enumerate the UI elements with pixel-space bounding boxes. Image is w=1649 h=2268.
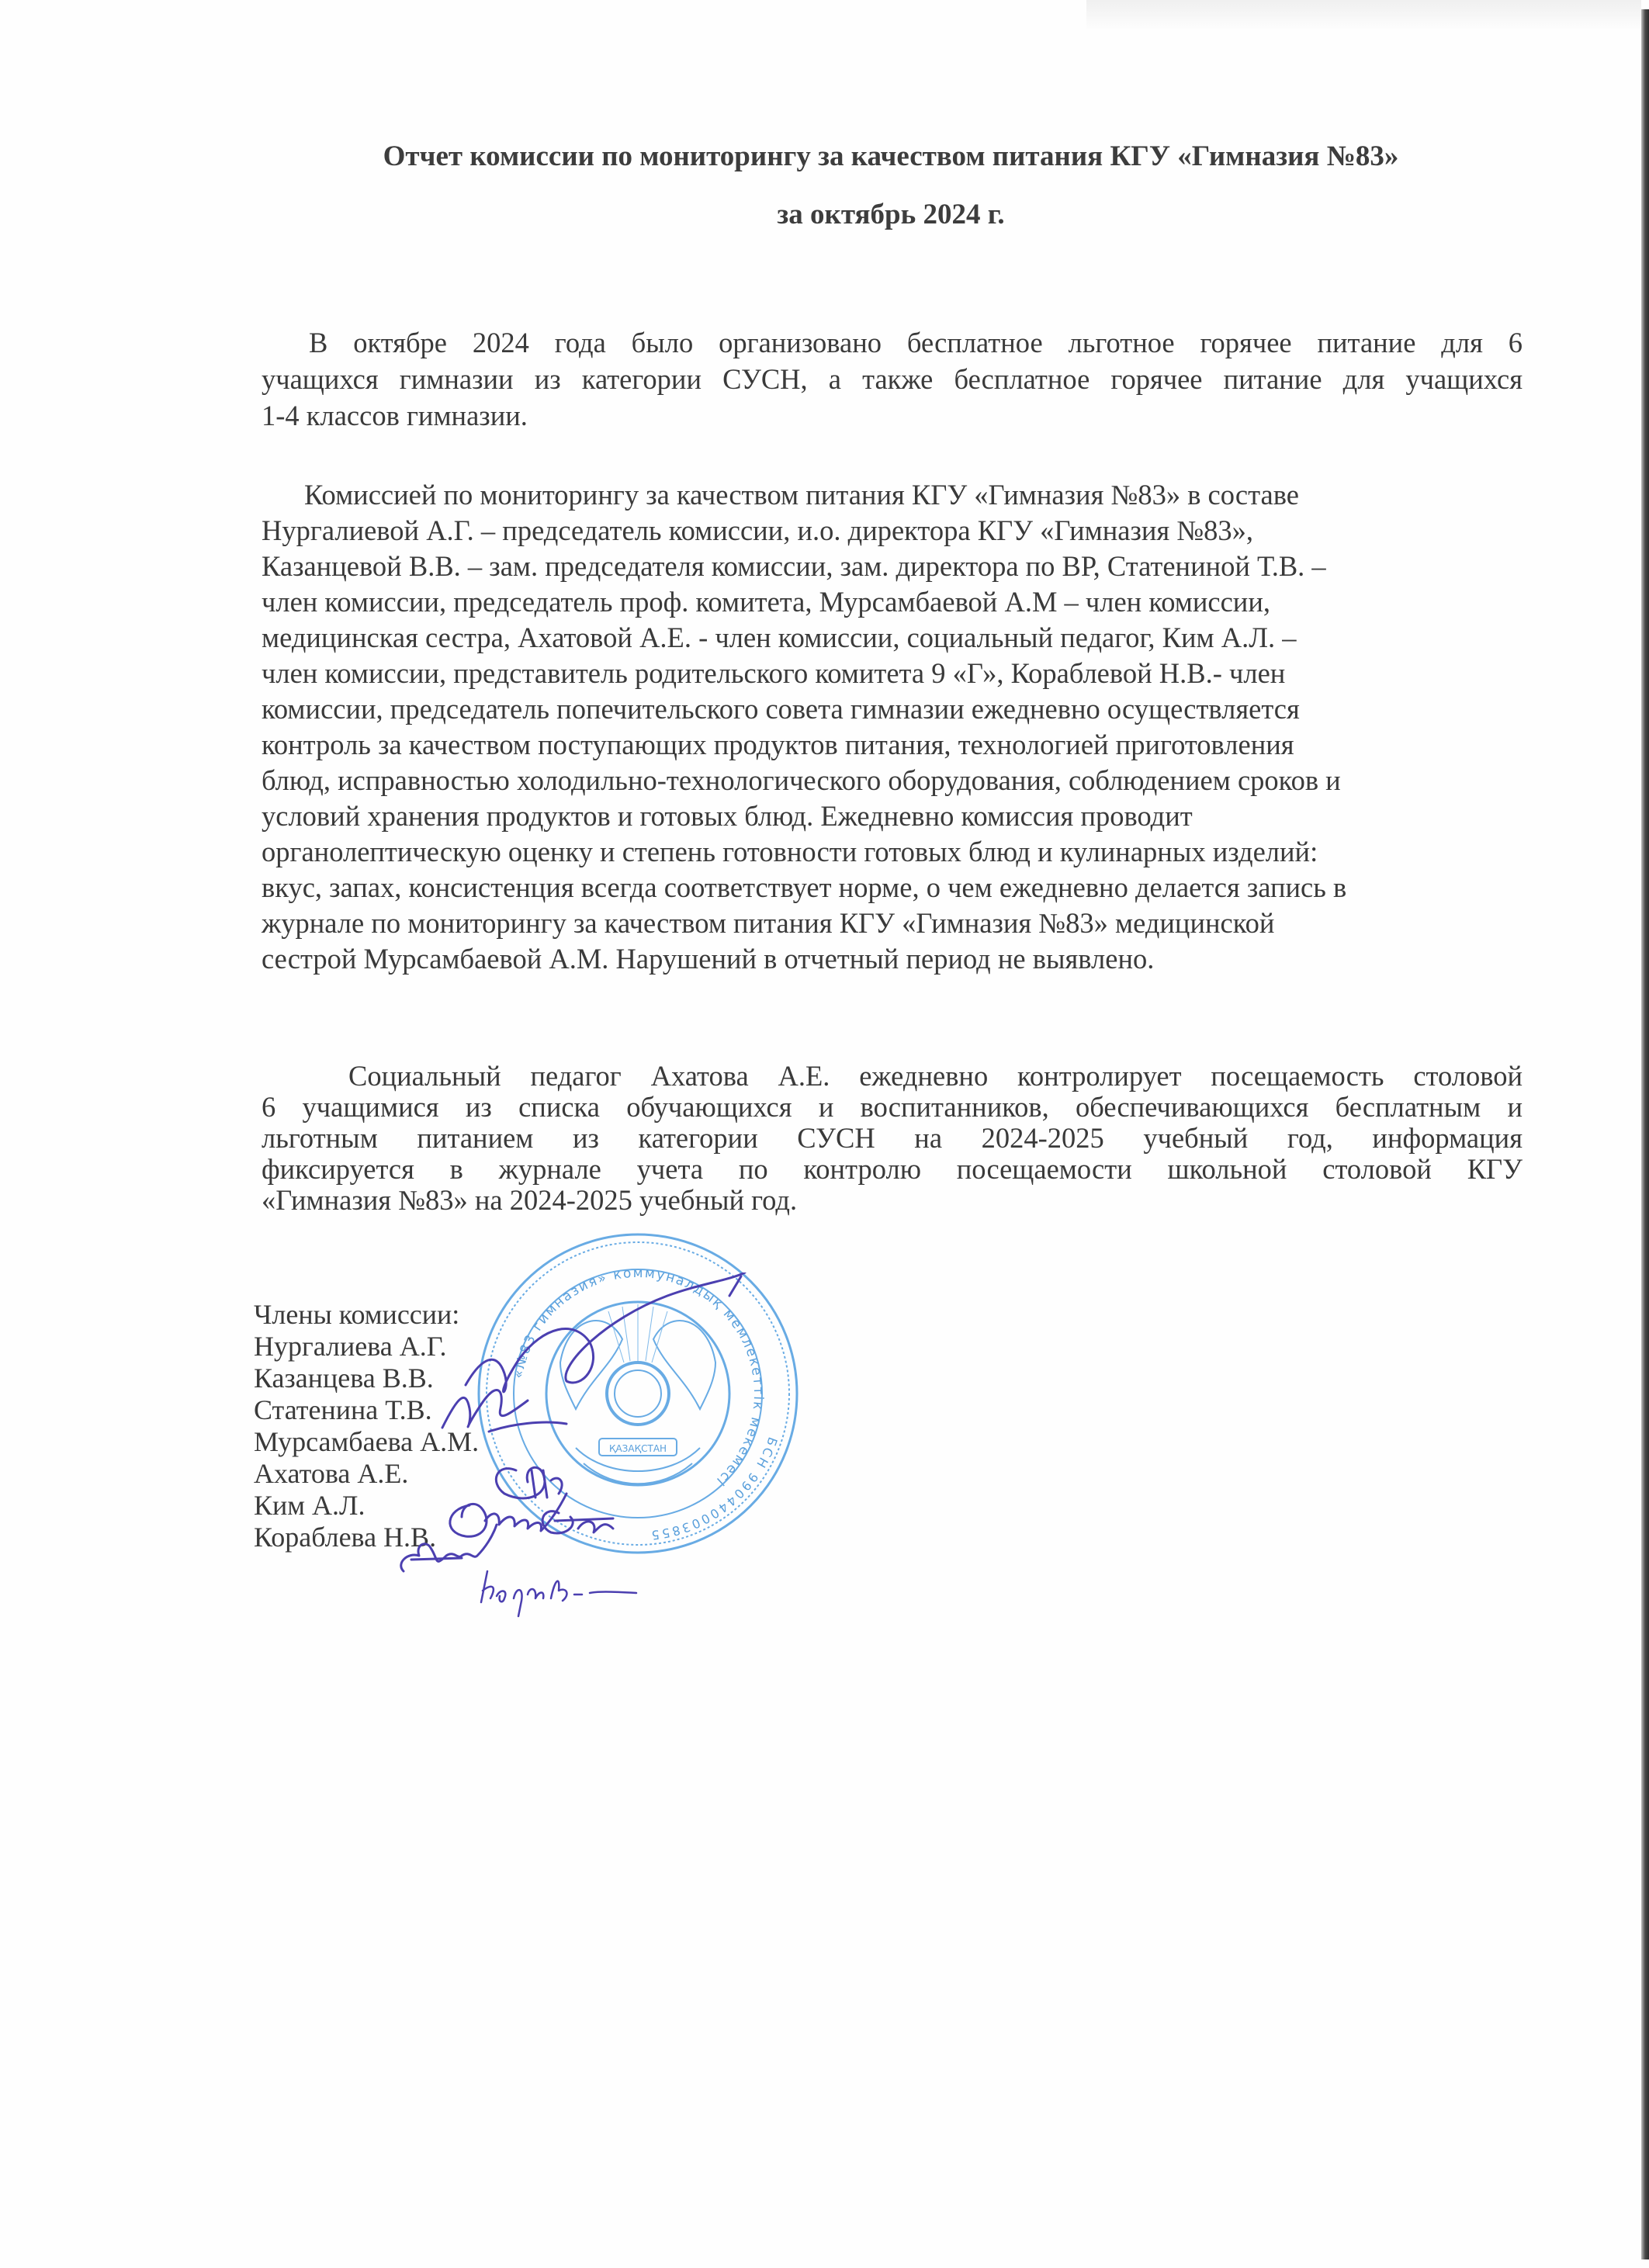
member-name: Мурсамбаева А.М. — [254, 1426, 479, 1458]
member-name: Нургалиева А.Г. — [254, 1331, 479, 1363]
text-line: медицинская сестра, Ахатовой А.Е. - член… — [262, 620, 1523, 656]
scan-shadow — [1086, 0, 1641, 31]
text-line: условий хранения продуктов и готовых блю… — [262, 798, 1523, 834]
text-line: Комиссией по мониторингу за качеством пи… — [262, 477, 1523, 513]
paragraph-free-meals: В октябре 2024 года было организовано бе… — [262, 324, 1523, 434]
text-line: учащихся гимназии из категории СУСН, а т… — [262, 361, 1523, 397]
svg-text:«№83 гимназия» коммуналдық мем: «№83 гимназия» коммуналдық мемлекеттік м… — [511, 1266, 766, 1490]
document-subtitle: за октябрь 2024 г. — [0, 198, 1649, 232]
document-title: Отчет комиссии по мониторингу за качеств… — [0, 140, 1649, 174]
text-line: 1-4 классов гимназии. — [262, 397, 1523, 434]
text-line: журнале по мониторингу за качеством пита… — [262, 905, 1523, 941]
scan-edge — [1641, 9, 1649, 2259]
text-line: «Гимназия №83» на 2024-2025 учебный год. — [262, 1185, 1523, 1216]
member-name: Статенина Т.В. — [254, 1394, 479, 1426]
paragraph-attendance: Социальный педагог Ахатова А.Е. ежедневн… — [262, 1061, 1523, 1216]
text-line: член комиссии, председатель проф. комите… — [262, 584, 1523, 620]
signature-korableva-icon — [473, 1563, 644, 1618]
scanned-page: Отчет комиссии по мониторингу за качеств… — [0, 0, 1649, 2268]
signatures-heading: Члены комиссии: — [254, 1299, 479, 1331]
text-line: 6 учащимися из списка обучающихся и восп… — [262, 1092, 1523, 1123]
svg-text:ҚАЗАҚСТАН: ҚАЗАҚСТАН — [609, 1443, 667, 1454]
text-line: член комиссии, представитель родительско… — [262, 656, 1523, 691]
paragraph-commission: Комиссией по мониторингу за качеством пи… — [262, 477, 1523, 977]
member-name: Кораблева Н.В. — [254, 1522, 479, 1553]
text-line: контроль за качеством поступающих продук… — [262, 727, 1523, 763]
text-line: органолептическую оценку и степень готов… — [262, 834, 1523, 870]
commission-signatures: Члены комиссии: Нургалиева А.Г. Казанцев… — [254, 1299, 479, 1553]
official-stamp-icon: «№83 гимназия» коммуналдық мемлекеттік м… — [475, 1231, 801, 1556]
member-name: Казанцева В.В. — [254, 1363, 479, 1394]
handwritten-signatures-icon — [435, 1273, 784, 1614]
text-line: вкус, запах, консистенция всегда соответ… — [262, 870, 1523, 905]
text-line: Казанцевой В.В. – зам. председателя коми… — [262, 549, 1523, 584]
text-line: Социальный педагог Ахатова А.Е. ежедневн… — [262, 1061, 1523, 1092]
text-line: В октябре 2024 года было организовано бе… — [262, 324, 1523, 361]
text-line: комиссии, председатель попечительского с… — [262, 691, 1523, 727]
svg-text:БСН 990440003855: БСН 990440003855 — [649, 1435, 781, 1543]
text-line: фиксируется в журнале учета по контролю … — [262, 1154, 1523, 1185]
member-name: Ахатова А.Е. — [254, 1458, 479, 1490]
member-name: Ким А.Л. — [254, 1490, 479, 1522]
text-line: блюд, исправностью холодильно-технологич… — [262, 763, 1523, 798]
text-line: льготным питанием из категории СУСН на 2… — [262, 1123, 1523, 1154]
text-line: сестрой Мурсамбаевой А.М. Нарушений в от… — [262, 941, 1523, 977]
text-line: Нургалиевой А.Г. – председатель комиссии… — [262, 513, 1523, 549]
